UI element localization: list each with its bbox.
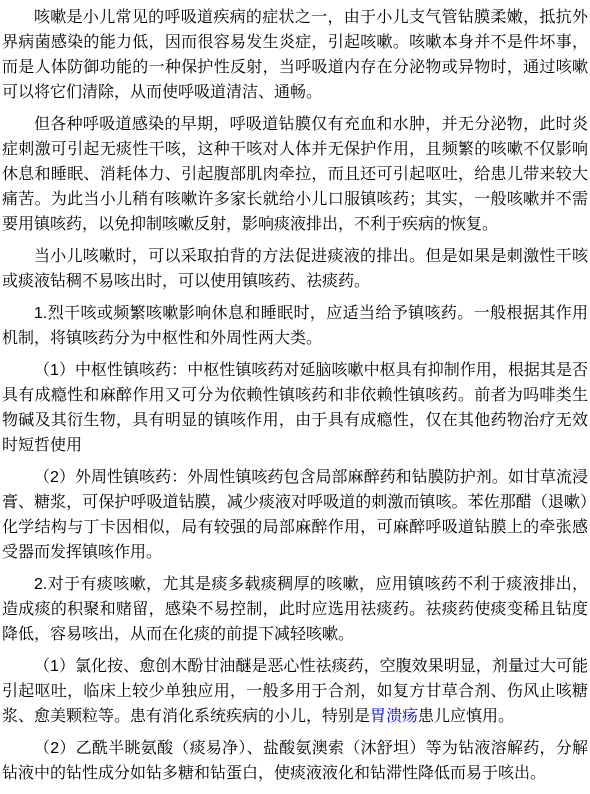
paragraph: （2）外周性镇咳药：外周性镇咳药包含局部麻醉药和钻膜防护剂。如甘草流浸膏、糖浆，… xyxy=(2,462,588,569)
paragraph: 2.对于有痰咳嗽，尤其是痰多载痰稠厚的咳嗽，应用镇咳药不利于痰液排出，造成痰的积… xyxy=(2,569,588,651)
text-run: 当小儿咳嗽时，可以采取拍背的方法促进痰液的排出。但是如果是刺激性干咳或痰液钻稠不… xyxy=(2,248,588,290)
inline-text-link[interactable]: 胃溃疡 xyxy=(370,708,418,725)
paragraph: 1.烈干咳或频繁咳嗽影响休息和睡眠时，应适当给予镇咳药。一般根据其作用机制，将镇… xyxy=(2,298,588,355)
text-run: （2）乙酰半眺氨酸（痰易净）、盐酸氨澳索（沐舒坦）等为钻液溶解药，分解钻液中的钻… xyxy=(2,740,588,782)
text-run: 1.烈干咳或频繁咳嗽影响休息和睡眠时，应适当给予镇咳药。一般根据其作用机制，将镇… xyxy=(2,305,588,347)
text-run: （1）中枢性镇咳药：中枢性镇咳药对延脑咳嗽中枢具有抑制作用，根据其是否具有成瘾性… xyxy=(2,362,588,454)
paragraph: （1）中枢性镇咳药：中枢性镇咳药对延脑咳嗽中枢具有抑制作用，根据其是否具有成瘾性… xyxy=(2,355,588,462)
paragraph: 咳嗽是小儿常见的呼吸道疾病的症状之一，由于小儿支气管钻膜柔嫩，抵抗外界病菌感染的… xyxy=(2,2,588,109)
paragraph: 当小儿咳嗽时，可以采取拍背的方法促进痰液的排出。但是如果是刺激性干咳或痰液钻稠不… xyxy=(2,241,588,298)
paragraph: （1）氯化按、愈创木酚甘油醚是恶心性祛痰药，空腹效果明显，剂量过大可能引起呕吐，… xyxy=(2,651,588,733)
paragraph: 但各种呼吸道感染的早期，呼吸道钻膜仅有充血和水肿，并无分泌物，此时炎症刺激可引起… xyxy=(2,109,588,241)
text-run: 2.对于有痰咳嗽，尤其是痰多载痰稠厚的咳嗽，应用镇咳药不利于痰液排出，造成痰的积… xyxy=(2,576,588,643)
paragraph: （2）乙酰半眺氨酸（痰易净）、盐酸氨澳索（沐舒坦）等为钻液溶解药，分解钻液中的钻… xyxy=(2,733,588,790)
text-run: 患儿应慎用。 xyxy=(418,708,514,725)
text-run: 但各种呼吸道感染的早期，呼吸道钻膜仅有充血和水肿，并无分泌物，此时炎症刺激可引起… xyxy=(2,116,588,233)
text-run: 咳嗽是小儿常见的呼吸道疾病的症状之一，由于小儿支气管钻膜柔嫩，抵抗外界病菌感染的… xyxy=(2,9,588,101)
text-run: （2）外周性镇咳药：外周性镇咳药包含局部麻醉药和钻膜防护剂。如甘草流浸膏、糖浆，… xyxy=(2,469,588,561)
article-body: 咳嗽是小儿常见的呼吸道疾病的症状之一，由于小儿支气管钻膜柔嫩，抵抗外界病菌感染的… xyxy=(0,0,590,794)
